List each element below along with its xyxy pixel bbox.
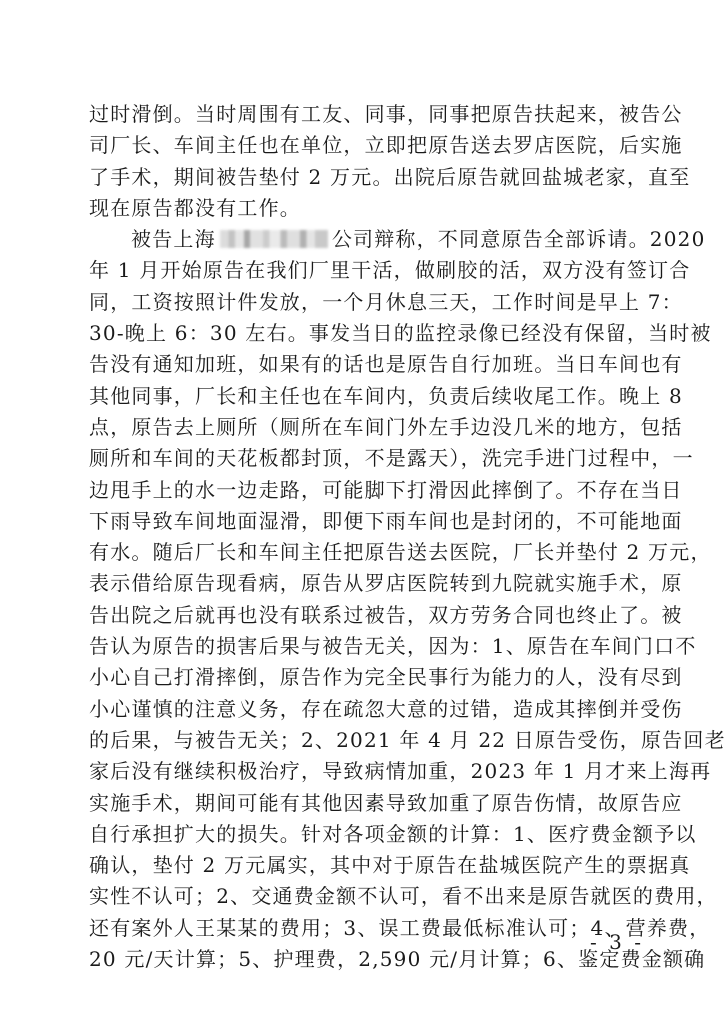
- text-line: 小心谨慎的注意义务，存在疏忽大意的过错，造成其摔倒并受伤: [89, 694, 637, 725]
- defendant-suffix: 公司辩称，不同意原告全部诉请。2020: [332, 227, 706, 251]
- text-line: 告出院之后就再也没有联系过被告，双方劳务合同也终止了。被: [89, 600, 637, 631]
- text-line: 小心自己打滑摔倒，原告作为完全民事行为能力的人，没有尽到: [89, 662, 637, 693]
- text-line: 现在原告都没有工作。: [89, 193, 637, 224]
- text-line: 告没有通知加班，如果有的话也是原告自行加班。当日车间也有: [89, 349, 637, 380]
- text-line: 了手术，期间被告垫付 2 万元。出院后原告就回盐城老家，直至: [89, 162, 637, 193]
- page-number: - 3 -: [590, 930, 644, 954]
- text-line: 有水。随后厂长和车间主任把原告送去医院，厂长并垫付 2 万元，: [89, 537, 637, 568]
- text-line: 家后没有继续积极治疗，导致病情加重，2023 年 1 月才来上海再: [89, 756, 637, 787]
- text-line: 其他同事，厂长和主任也在车间内，负责后续收尾工作。晚上 8: [89, 381, 637, 412]
- document-body: 过时滑倒。当时周围有工友、同事，同事把原告扶起来，被告公 司厂长、车间主任也在单…: [89, 99, 637, 975]
- text-line: 30-晚上 6：30 左右。事发当日的监控录像已经没有保留，当时被: [89, 318, 637, 349]
- text-line: 实性不认可；2、交通费金额不认可，看不出来是原告就医的费用，: [89, 881, 637, 912]
- text-line: 边甩手上的水一边走路，可能脚下打滑因此摔倒了。不存在当日: [89, 475, 637, 506]
- defendant-prefix: 被告上海: [131, 227, 216, 251]
- text-line: 司厂长、车间主任也在单位，立即把原告送去罗店医院，后实施: [89, 130, 637, 161]
- text-line: 厕所和车间的天花板都封顶，不是露天），洗完手进门过程中，一: [89, 443, 637, 474]
- text-line: 确认，垫付 2 万元属实，其中对于原告在盐城医院产生的票据真: [89, 850, 637, 881]
- text-line: 的后果，与被告无关；2、2021 年 4 月 22 日原告受伤，原告回老: [89, 725, 637, 756]
- text-line: 自行承担扩大的损失。针对各项金额的计算：1、医疗费金额予以: [89, 819, 637, 850]
- paragraph-defendant-argument-start: 被告上海公司辩称，不同意原告全部诉请。2020: [89, 224, 637, 255]
- text-line: 过时滑倒。当时周围有工友、同事，同事把原告扶起来，被告公: [89, 99, 637, 130]
- text-line: 点，原告去上厕所（厕所在车间门外左手边没几米的地方，包括: [89, 412, 637, 443]
- redacted-company-name: [220, 230, 328, 248]
- text-line: 年 1 月开始原告在我们厂里干活，做刷胶的活，双方没有签订合: [89, 255, 637, 286]
- document-page: 过时滑倒。当时周围有工友、同事，同事把原告扶起来，被告公 司厂长、车间主任也在单…: [0, 0, 724, 1024]
- text-line: 表示借给原告现看病，原告从罗店医院转到九院就实施手术，原: [89, 568, 637, 599]
- text-line: 下雨导致车间地面湿滑，即便下雨车间也是封闭的，不可能地面: [89, 506, 637, 537]
- text-line: 告认为原告的损害后果与被告无关，因为：1、原告在车间门口不: [89, 631, 637, 662]
- text-line: 还有案外人王某某的费用；3、误工费最低标准认可；4、营养费，: [89, 913, 637, 944]
- text-line: 实施手术，期间可能有其他因素导致加重了原告伤情，故原告应: [89, 788, 637, 819]
- text-line: 同，工资按照计件发放，一个月休息三天，工作时间是早上 7：: [89, 287, 637, 318]
- text-line: 20 元/天计算；5、护理费，2,590 元/月计算；6、鉴定费金额确: [89, 944, 637, 975]
